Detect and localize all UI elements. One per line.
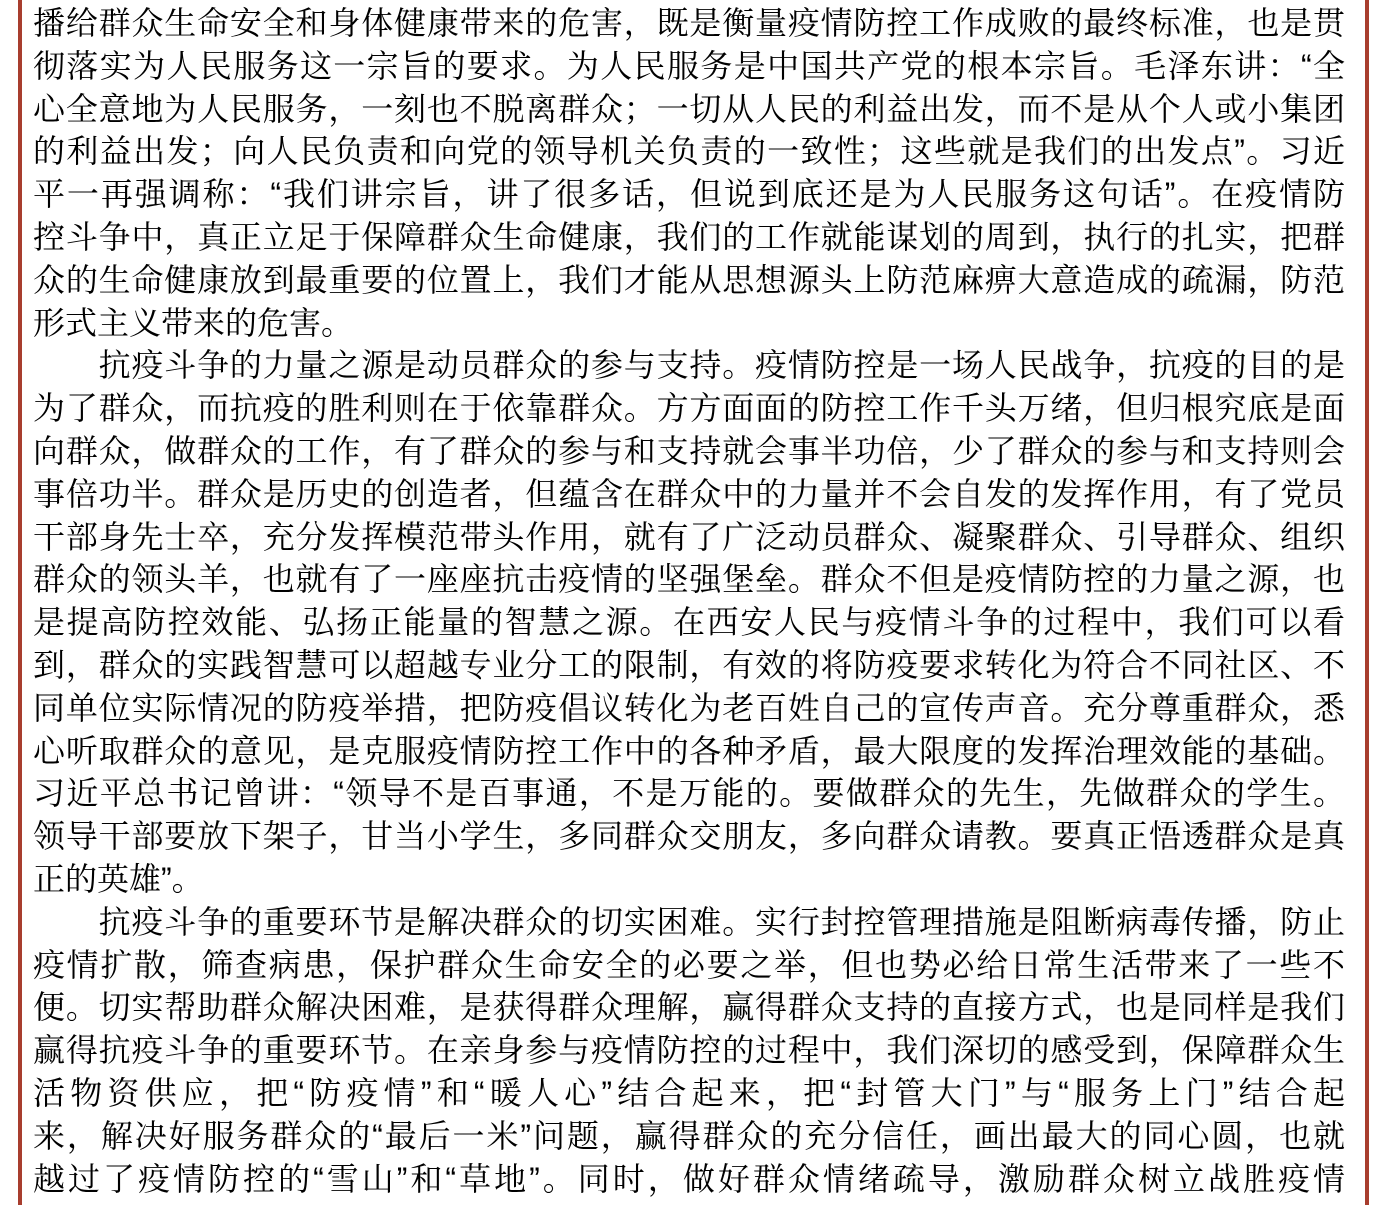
text-line: 控斗争中，真正立足于保障群众生命健康，我们的工作就能谋划的周到，执行的扎实，把群	[33, 216, 1345, 259]
text-line: 越过了疫情防控的“雪山”和“草地”。同时，做好群众情绪疏导，激励群众树立战胜疫情	[33, 1158, 1345, 1201]
text-line: 抗疫斗争的重要环节是解决群众的切实困难。实行封控管理措施是阻断病毒传播，防止	[33, 901, 1345, 944]
text-line: 事倍功半。群众是历史的创造者，但蕴含在群众中的力量并不会自发的发挥作用，有了党员	[33, 473, 1345, 516]
page-border-left	[18, 0, 22, 1205]
text-line: 来，解决好服务群众的“最后一米”问题，赢得群众的充分信任，画出最大的同心圆，也就	[33, 1115, 1345, 1158]
text-line: 抗疫斗争的力量之源是动员群众的参与支持。疫情防控是一场人民战争，抗疫的目的是	[33, 344, 1345, 387]
text-line: 向群众，做群众的工作，有了群众的参与和支持就会事半功倍，少了群众的参与和支持则会	[33, 430, 1345, 473]
text-line: 活物资供应，把“防疫情”和“暖人心”结合起来，把“封管大门”与“服务上门”结合起	[33, 1072, 1345, 1115]
text-line: 为了群众，而抗疫的胜利则在于依靠群众。方方面面的防控工作千头万绪，但归根究底是面	[33, 387, 1345, 430]
text-line: 众的生命健康放到最重要的位置上，我们才能从思想源头上防范麻痹大意造成的疏漏，防范	[33, 259, 1345, 302]
text-line: 播给群众生命安全和身体健康带来的危害，既是衡量疫情防控工作成败的最终标准，也是贯	[33, 2, 1345, 45]
text-line: 是提高防控效能、弘扬正能量的智慧之源。在西安人民与疫情斗争的过程中，我们可以看	[33, 601, 1345, 644]
text-line: 形式主义带来的危害。	[33, 302, 1345, 345]
text-line: 同单位实际情况的防疫举措，把防疫倡议转化为老百姓自己的宣传声音。充分尊重群众，悉	[33, 687, 1345, 730]
text-line: 便。切实帮助群众解决困难，是获得群众理解，赢得群众支持的直接方式，也是同样是我们	[33, 986, 1345, 1029]
text-line: 领导干部要放下架子，甘当小学生，多同群众交朋友，多向群众请教。要真正悟透群众是真	[33, 815, 1345, 858]
text-line: 群众的领头羊，也就有了一座座抗击疫情的坚强堡垒。群众不但是疫情防控的力量之源，也	[33, 558, 1345, 601]
text-line: 的利益出发；向人民负责和向党的领导机关负责的一致性；这些就是我们的出发点”。习近	[33, 130, 1345, 173]
text-line: 彻落实为人民服务这一宗旨的要求。为人民服务是中国共产党的根本宗旨。毛泽东讲：“全	[33, 45, 1345, 88]
text-line: 正的英雄”。	[33, 858, 1345, 901]
text-line: 赢得抗疫斗争的重要环节。在亲身参与疫情防控的过程中，我们深切的感受到，保障群众生	[33, 1029, 1345, 1072]
document-body-text: 播给群众生命安全和身体健康带来的危害，既是衡量疫情防控工作成败的最终标准，也是贯…	[33, 2, 1345, 1200]
text-line: 到，群众的实践智慧可以超越专业分工的限制，有效的将防疫要求转化为符合不同社区、不	[33, 644, 1345, 687]
text-line: 干部身先士卒，充分发挥模范带头作用，就有了广泛动员群众、凝聚群众、引导群众、组织	[33, 516, 1345, 559]
document-page: 播给群众生命安全和身体健康带来的危害，既是衡量疫情防控工作成败的最终标准，也是贯…	[0, 0, 1389, 1205]
text-line: 疫情扩散，筛查病患，保护群众生命安全的必要之举，但也势必给日常生活带来了一些不	[33, 944, 1345, 987]
text-line: 心听取群众的意见，是克服疫情防控工作中的各种矛盾，最大限度的发挥治理效能的基础。	[33, 730, 1345, 773]
text-line: 习近平总书记曾讲：“领导不是百事通，不是万能的。要做群众的先生，先做群众的学生。	[33, 772, 1345, 815]
text-line: 平一再强调称：“我们讲宗旨，讲了很多话，但说到底还是为人民服务这句话”。在疫情防	[33, 173, 1345, 216]
text-line: 心全意地为人民服务，一刻也不脱离群众；一切从人民的利益出发，而不是从个人或小集团	[33, 88, 1345, 131]
page-border-right	[1365, 0, 1369, 1205]
